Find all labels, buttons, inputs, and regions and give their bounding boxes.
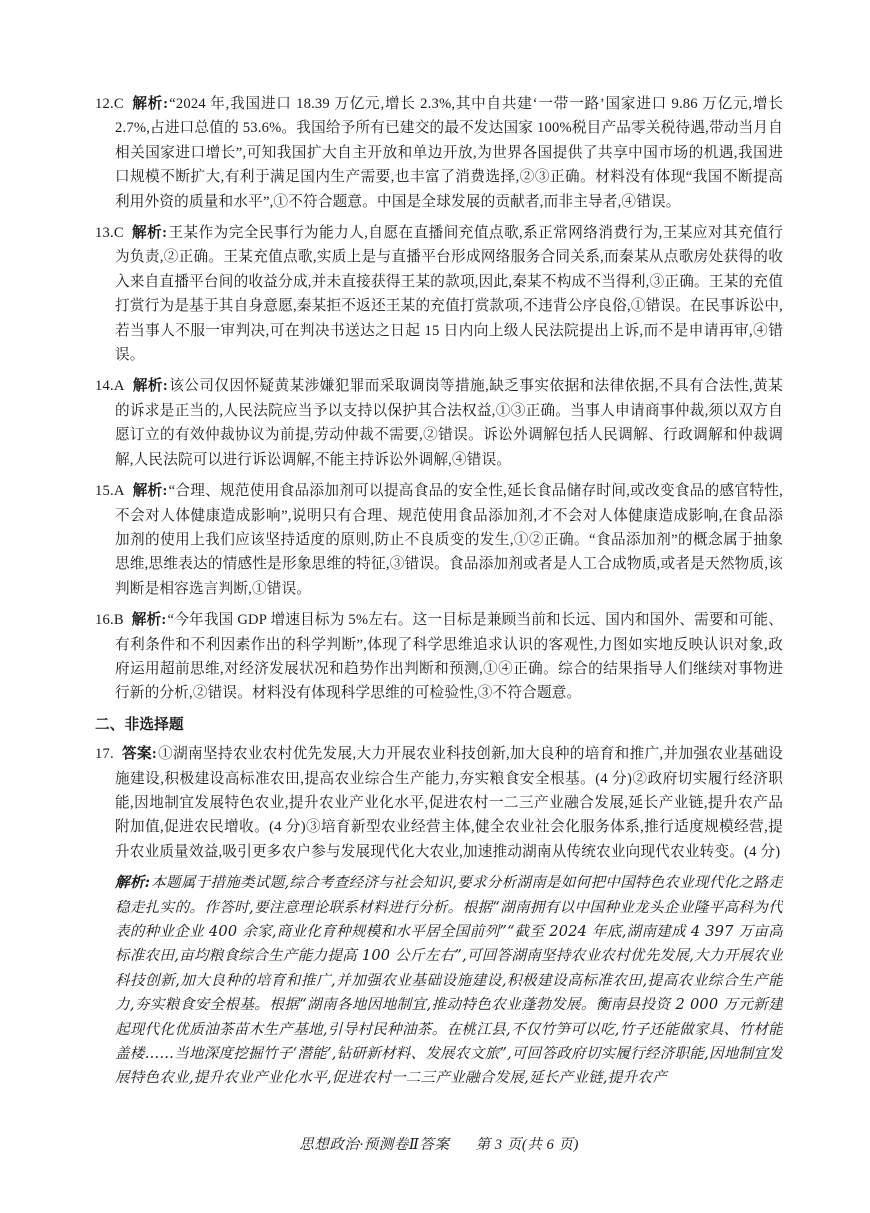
analysis-label: 解析: [133, 483, 168, 499]
analysis-text: “2024 年,我国进口 18.39 万亿元,增长 2.3%,其中自共建‘一带一… [115, 96, 783, 210]
question-number: 12.C [95, 96, 124, 112]
analysis-text: 该公司仅因怀疑黄某涉嫌犯罪而采取调岗等措施,缺乏事实依据和法律依据,不具有合法性… [115, 378, 783, 467]
answer-item-16: 16.B解析:“今年我国 GDP 增速目标为 5%左右。这一目标是兼顾当前和长远… [115, 608, 783, 706]
analysis-label: 解析: [132, 96, 168, 112]
analysis-label: 解析: [132, 612, 167, 628]
footer-page-number: 第 3 页(共 6 页) [476, 1137, 579, 1153]
question-number: 17. [95, 746, 114, 762]
analysis-label: 解析: [132, 225, 167, 241]
analysis-text: “今年我国 GDP 增速目标为 5%左右。这一目标是兼顾当前和长远、国内和国外、… [115, 612, 783, 701]
answer-item-12: 12.C解析:“2024 年,我国进口 18.39 万亿元,增长 2.3%,其中… [115, 92, 783, 214]
answer-text: ①湖南坚持农业农村优先发展,大力开展农业科技创新,加大良种的培育和推广,并加强农… [115, 746, 783, 860]
question-number: 16.B [95, 612, 124, 628]
question-number: 14.A [95, 378, 125, 394]
section-heading-non-choice: 二、非选择题 [95, 713, 783, 737]
question-number: 15.A [95, 483, 125, 499]
answer-sheet-content: 12.C解析:“2024 年,我国进口 18.39 万亿元,增长 2.3%,其中… [95, 92, 783, 1137]
answer-item-14: 14.A解析:该公司仅因怀疑黄某涉嫌犯罪而采取调岗等措施,缺乏事实依据和法律依据… [115, 374, 783, 472]
analysis-label: 解析: [115, 874, 150, 891]
analysis-text: 本题属于措施类试题,综合考查经济与社会知识,要求分析湖南是如何把中国特色农业现代… [115, 874, 783, 1086]
answer-item-13: 13.C解析:王某作为完全民事行为能力人,自愿在直播间充值点歌,系正常网络消费行… [115, 221, 783, 367]
answer-item-17: 17.答案:①湖南坚持农业农村优先发展,大力开展农业科技创新,加大良种的培育和推… [115, 742, 783, 864]
question-number: 13.C [95, 225, 124, 241]
answer-label: 答案: [122, 746, 157, 762]
analysis-text: 王某作为完全民事行为能力人,自愿在直播间充值点歌,系正常网络消费行为,王某应对其… [115, 225, 783, 363]
analysis-label: 解析: [133, 378, 168, 394]
footer-document-title: 思想政治·预测卷Ⅱ答案 [299, 1137, 449, 1153]
analysis-text: “合理、规范使用食品添加剂可以提高食品的安全性,延长食品储存时间,或改变食品的感… [115, 483, 783, 597]
page-footer: 思想政治·预测卷Ⅱ答案第 3 页(共 6 页) [95, 1133, 783, 1154]
answer-item-17-analysis: 解析:本题属于措施类试题,综合考查经济与社会知识,要求分析湖南是如何把中国特色农… [115, 871, 783, 1091]
answer-item-15: 15.A解析:“合理、规范使用食品添加剂可以提高食品的安全性,延长食品储存时间,… [115, 479, 783, 601]
